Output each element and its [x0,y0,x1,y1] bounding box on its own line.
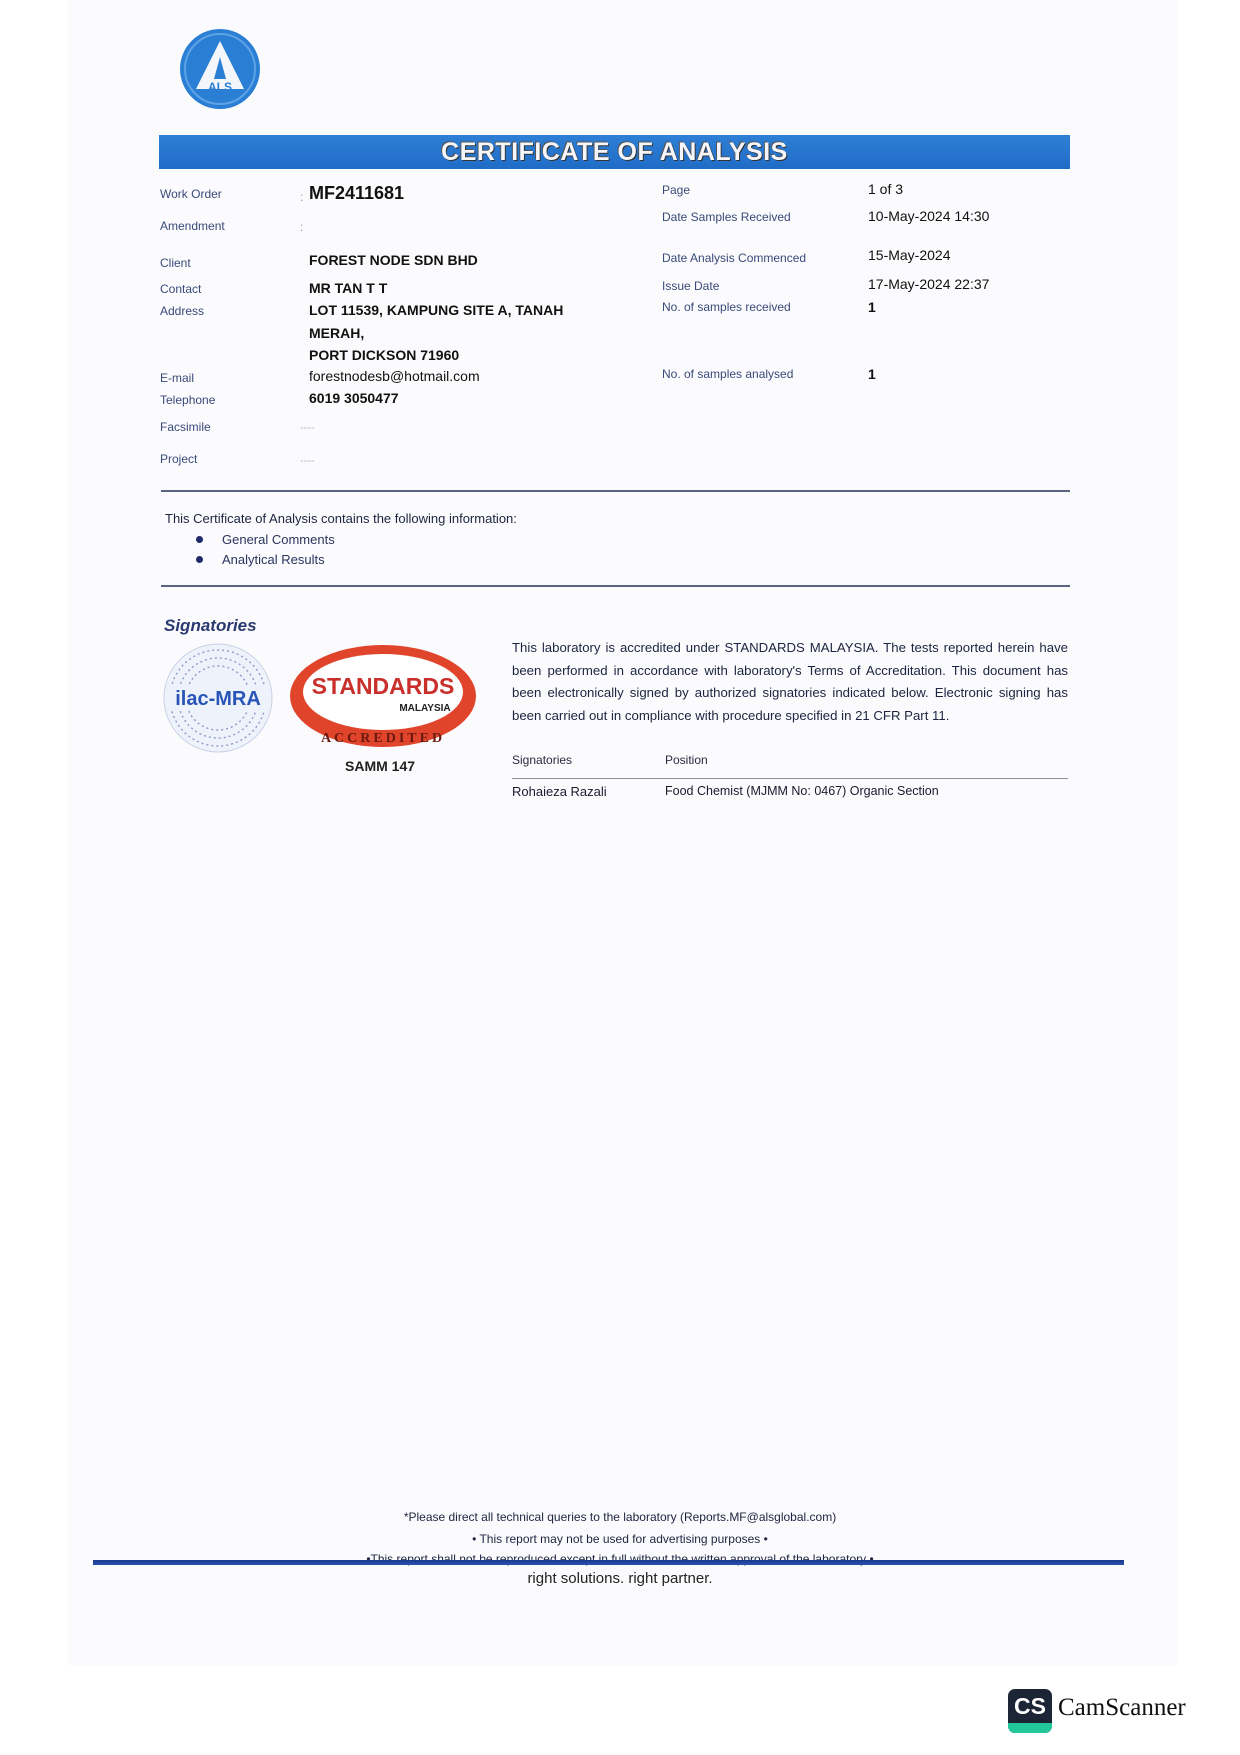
standards-malaysia-logo-icon: STANDARDS MALAYSIA ACCREDITED [287,642,479,750]
field-label-samples-received: No. of samples received [662,300,791,314]
signatory-name: Rohaieza Razali [512,784,607,799]
accreditation-number: SAMM 147 [345,758,415,774]
field-label-email: E-mail [160,371,194,385]
analysis-commenced-value: 15-May-2024 [868,247,951,263]
bullet-icon [196,556,203,563]
field-label-work-order: Work Order [160,187,222,201]
colon: : [300,220,303,234]
svg-text:MALAYSIA: MALAYSIA [399,703,450,714]
field-label-address: Address [160,304,204,318]
email-value: forestnodesb@hotmail.com [309,368,480,384]
client-value: FOREST NODE SDN BHD [309,252,478,268]
field-label-issue-date: Issue Date [662,279,719,293]
als-logo-icon: ALS [178,27,262,111]
samples-analysed-value: 1 [868,366,876,382]
position-column-header: Position [665,753,708,767]
accreditation-statement: This laboratory is accredited under STAN… [512,637,1068,727]
contents-item: General Comments [198,532,335,547]
field-label-facsimile: Facsimile [160,420,211,434]
field-label-samples-analysed: No. of samples analysed [662,367,793,381]
camscanner-watermark: CamScanner [1058,1694,1186,1722]
footer-advertising: • This report may not be used for advert… [0,1532,1240,1546]
samples-received-value: 1 [868,299,876,315]
signatory-column-header: Signatories [512,753,572,767]
signatory-position: Food Chemist (MJMM No: 0467) Organic Sec… [665,784,939,798]
field-label-client: Client [160,256,191,270]
footer-rule [93,1560,1124,1565]
facsimile-value: ---- [300,422,315,434]
contents-item-label: Analytical Results [222,552,325,567]
signatories-heading: Signatories [164,616,257,636]
ilac-mra-logo-icon: ilac-MRA [162,642,274,754]
contents-item-label: General Comments [222,532,335,547]
footer-queries: *Please direct all technical queries to … [0,1510,1240,1524]
field-label-contact: Contact [160,282,201,296]
contact-value: MR TAN T T [309,280,387,296]
svg-text:ACCREDITED: ACCREDITED [321,731,445,746]
svg-text:ilac-MRA: ilac-MRA [175,688,261,710]
project-value: ---- [300,455,315,467]
divider [161,490,1070,492]
camscanner-badge-strip [1008,1723,1052,1733]
field-label-project: Project [160,452,197,466]
document-title: CERTIFICATE OF ANALYSIS [441,138,788,167]
table-divider [512,778,1068,779]
field-label-telephone: Telephone [160,393,215,407]
page-value: 1 of 3 [868,181,903,197]
address-line-3: PORT DICKSON 71960 [309,347,459,363]
contents-intro: This Certificate of Analysis contains th… [165,511,517,526]
work-order-value: MF2411681 [309,183,404,204]
svg-text:STANDARDS: STANDARDS [312,673,455,699]
field-label-amendment: Amendment [160,219,225,233]
contents-item: Analytical Results [198,552,325,567]
date-received-value: 10-May-2024 14:30 [868,208,989,224]
field-label-page: Page [662,183,690,197]
telephone-value: 6019 3050477 [309,390,399,406]
field-label-date-received: Date Samples Received [662,210,791,224]
footer-tagline: right solutions. right partner. [0,1570,1240,1587]
document-page [68,0,1178,1665]
title-bar: CERTIFICATE OF ANALYSIS [159,135,1070,169]
address-line-1: LOT 11539, KAMPUNG SITE A, TANAH [309,302,563,318]
issue-date-value: 17-May-2024 22:37 [868,276,989,292]
svg-text:ALS: ALS [208,80,232,94]
camscanner-badge-text: CS [1008,1689,1052,1723]
field-label-analysis-commenced: Date Analysis Commenced [662,251,806,265]
camscanner-logo-icon: CS [1008,1689,1052,1733]
colon: : [300,190,303,204]
bullet-icon [196,536,203,543]
address-line-2: MERAH, [309,325,364,341]
divider [161,585,1070,587]
